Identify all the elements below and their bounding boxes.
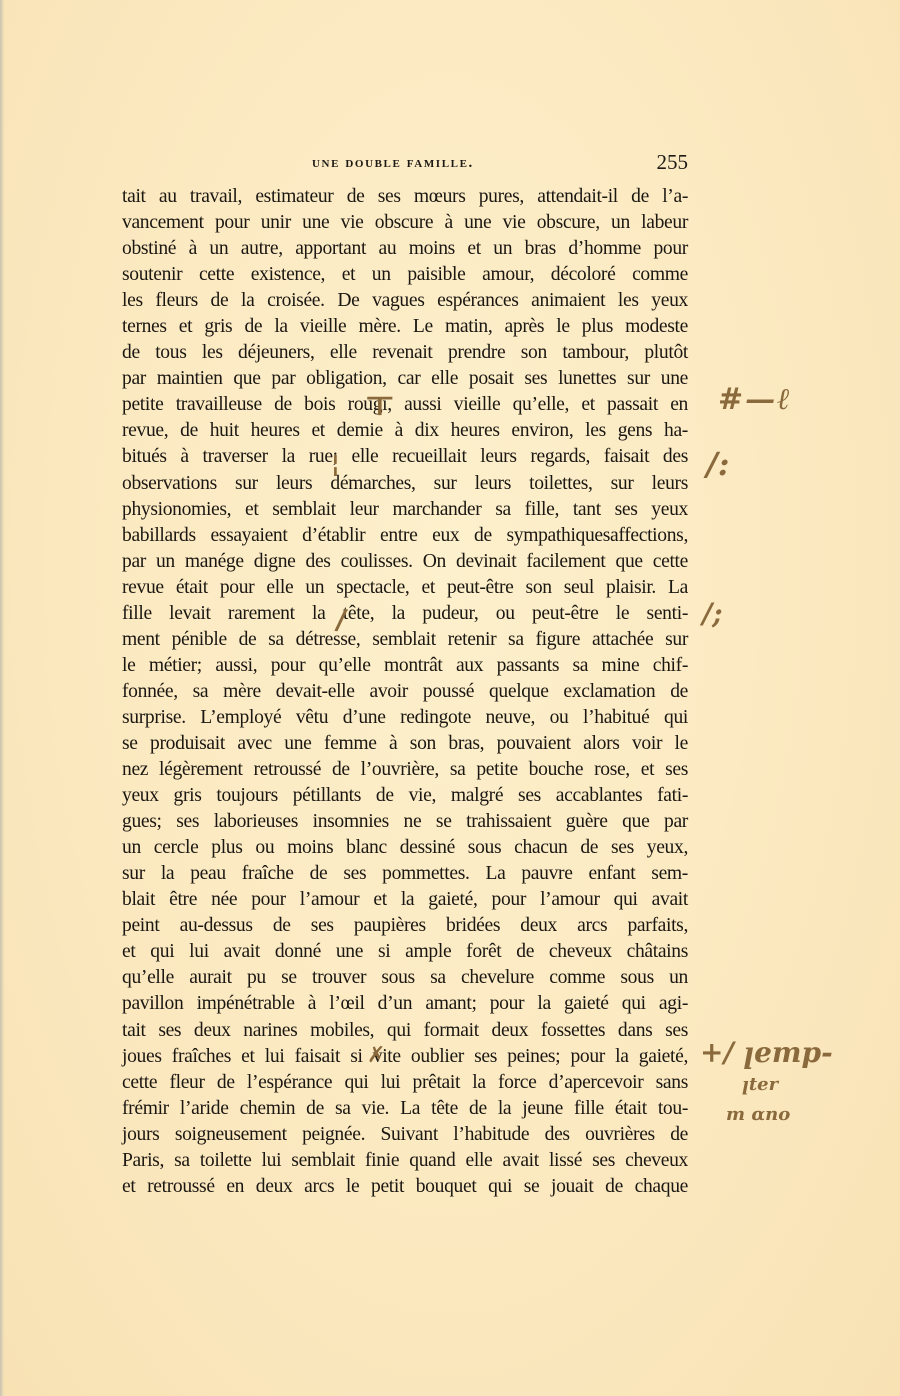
text-line: blait être née pour l’amour et la gaieté… [122, 887, 688, 913]
text-line: frémir l’aride chemin de sa vie. La tête… [122, 1096, 688, 1122]
text-line: les fleurs de la croisée. De vagues espé… [122, 288, 688, 314]
margin-note-colon: /: [706, 445, 730, 483]
text-line: soutenir cette existence, et un paisible… [122, 262, 688, 288]
text-line: Paris, sa toilette lui semblait finie qu… [122, 1148, 688, 1174]
text-line: ment pénible de sa détresse, semblait re… [122, 627, 688, 653]
text-line: se produisait avec une femme à son bras,… [122, 731, 688, 757]
deletion-mark-icon: ✗ [367, 1043, 385, 1068]
text-line: un cercle plus ou moins blanc dessiné so… [122, 835, 688, 861]
running-title: UNE DOUBLE FAMILLE. [312, 155, 474, 172]
text-line: bitués à traverser la rue; elle recueill… [122, 444, 688, 470]
text-line: nez légèrement retroussé de l’ouvrière, … [122, 757, 688, 783]
margin-note-deletion-line3: m ɑno [726, 1104, 790, 1125]
text-line: sur la peau fraîche de ses pommettes. La… [122, 861, 688, 887]
text-line: pavillon impénétrable à l’œil d’un amant… [122, 991, 688, 1017]
text-line: gues; ses laborieuses insomnies ne se tr… [122, 809, 688, 835]
text-line: et retroussé en deux arcs le petit bouqu… [122, 1174, 688, 1200]
text-line: fonnée, sa mère devait-elle avoir poussé… [122, 679, 688, 705]
book-page: UNE DOUBLE FAMILLE. 255 tait au travail,… [0, 0, 900, 1396]
margin-note-deletion-line2: ꞁter [742, 1074, 778, 1095]
text-line: yeux gris toujours pétillants de vie, ma… [122, 783, 688, 809]
text-line: observations sur leurs démarches, sur le… [122, 471, 688, 497]
text-line: jours soigneusement peignée. Suivant l’h… [122, 1122, 688, 1148]
text-line: cette fleur de l’espérance qui lui prêta… [122, 1070, 688, 1096]
page-edge-shadow [0, 0, 4, 1396]
text-line: par un manége digne des coulisses. On de… [122, 549, 688, 575]
text-line: physionomies, et semblait leur marchande… [122, 497, 688, 523]
body-text: tait au travail, estimateur de ses mœurs… [122, 184, 688, 1200]
text-line: et qui lui avait donné une si ample forê… [122, 939, 688, 965]
text-line: petite travailleuse de bois rougi, aussi… [122, 392, 688, 418]
text-line: revue était pour elle un spectacle, et p… [122, 575, 688, 601]
text-line: babillards essayaient d’établir entre eu… [122, 523, 688, 549]
text-line: obstiné à un autre, apportant au moins e… [122, 236, 688, 262]
text-line: surprise. L’employé vêtu d’une redingote… [122, 705, 688, 731]
page-number: 255 [657, 150, 689, 175]
text-line: fille levait rarement la tête, la pudeur… [122, 601, 688, 627]
text-line: revue, de huit heures et demie à dix heu… [122, 418, 688, 444]
show-through-bleed [60, 1215, 760, 1385]
text-line: ternes et gris de la vieille mère. Le ma… [122, 314, 688, 340]
margin-note-deletion-line1: +/ ꞁemp- [700, 1036, 833, 1069]
insertion-mark-icon: ⊤ [364, 392, 395, 422]
text-line: tait ses deux narines mobiles, qui forma… [122, 1018, 688, 1044]
semicolon-mark-icon: ¦ [331, 450, 340, 478]
text-line: le métier; aussi, pour qu’elle montrât a… [122, 653, 688, 679]
margin-note-space: #—ℓ [718, 382, 792, 417]
text-line: de tous les déjeuners, elle revenait pre… [122, 340, 688, 366]
text-line: joues fraîches et lui faisait si vite ou… [122, 1044, 688, 1070]
text-line: qu’elle aurait pu se trouver sous sa che… [122, 965, 688, 991]
running-head: UNE DOUBLE FAMILLE. 255 [122, 153, 688, 177]
text-line: peint au-dessus de ses paupières bridées… [122, 913, 688, 939]
text-line: par maintien que par obligation, car ell… [122, 366, 688, 392]
text-line: tait au travail, estimateur de ses mœurs… [122, 184, 688, 210]
margin-note-semicolon: /; [702, 597, 723, 630]
text-line: vancement pour unir une vie obscure à un… [122, 210, 688, 236]
